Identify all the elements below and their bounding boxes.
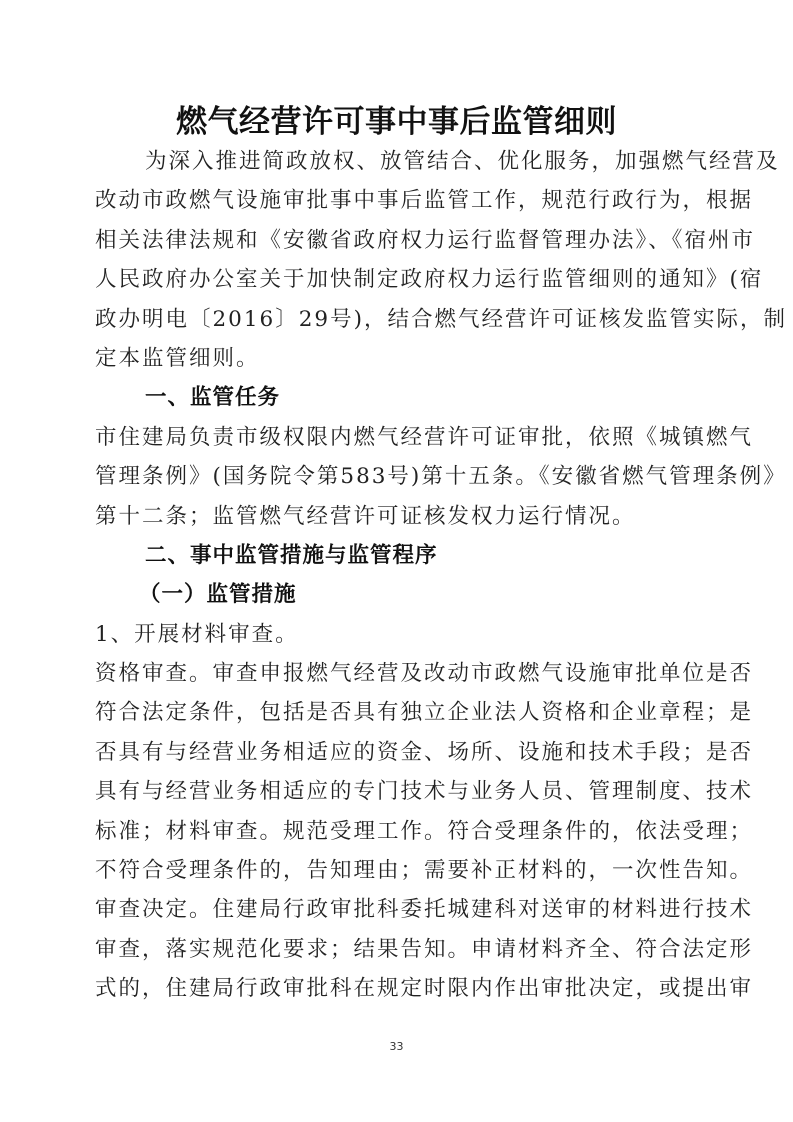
section-heading-supervision-tasks: 一、监管任务 — [95, 378, 701, 417]
text-line: 为深入推进简政放权、放管结合、优化服务，加强燃气经营及 — [95, 142, 701, 181]
text-line: 人民政府办公室关于加快制定政府权力运行监管细则的通知》(宿 — [95, 260, 701, 299]
document-page: 燃气经营许可事中事后监管细则 为深入推进简政放权、放管结合、优化服务，加强燃气经… — [0, 0, 793, 1122]
text-line: 市住建局负责市级权限内燃气经营许可证审批，依照《城镇燃气 — [95, 418, 701, 457]
text-line: 具有与经营业务相适应的专门技术与业务人员、管理制度、技术 — [95, 772, 701, 811]
text-line: 否具有与经营业务相适应的资金、场所、设施和技术手段；是否 — [95, 733, 701, 772]
text-line: 定本监管细则。 — [95, 339, 701, 378]
text-line: 资格审查。审查申报燃气经营及改动市政燃气设施审批单位是否 — [95, 654, 701, 693]
text-line: 审查，落实规范化要求；结果告知。申请材料齐全、符合法定形 — [95, 930, 701, 969]
text-line: 式的，住建局行政审批科在规定时限内作出审批决定，或提出审 — [95, 969, 701, 1008]
document-title: 燃气经营许可事中事后监管细则 — [0, 100, 793, 144]
text-line: 第十二条；监管燃气经营许可证核发权力运行情况。 — [95, 497, 701, 536]
subsection-heading-measures: （一）监管措施 — [95, 575, 701, 614]
section2-paragraph: 资格审查。审查申报燃气经营及改动市政燃气设施审批单位是否 符合法定条件，包括是否… — [95, 654, 701, 1009]
item-title-material-review: 1、开展材料审查。 — [95, 615, 701, 654]
section1-paragraph: 市住建局负责市级权限内燃气经营许可证审批，依照《城镇燃气 管理条例》(国务院令第… — [95, 418, 701, 536]
text-line: 改动市政燃气设施审批事中事后监管工作，规范行政行为，根据 — [95, 181, 701, 220]
page-number: 33 — [0, 1040, 793, 1053]
section-heading-measures-and-procedures: 二、事中监管措施与监管程序 — [95, 536, 701, 575]
document-body: 为深入推进简政放权、放管结合、优化服务，加强燃气经营及 改动市政燃气设施审批事中… — [95, 142, 701, 1009]
text-line: 标准；材料审查。规范受理工作。符合受理条件的，依法受理； — [95, 812, 701, 851]
text-line: 不符合受理条件的，告知理由；需要补正材料的，一次性告知。 — [95, 851, 701, 890]
text-line: 符合法定条件，包括是否具有独立企业法人资格和企业章程；是 — [95, 693, 701, 732]
intro-paragraph: 为深入推进简政放权、放管结合、优化服务，加强燃气经营及 改动市政燃气设施审批事中… — [95, 142, 701, 378]
text-line: 相关法律法规和《安徽省政府权力运行监督管理办法》、《宿州市 — [95, 221, 701, 260]
text-line: 管理条例》(国务院令第583号)第十五条。《安徽省燃气管理条例》 — [95, 457, 701, 496]
text-line: 审查决定。住建局行政审批科委托城建科对送审的材料进行技术 — [95, 890, 701, 929]
text-line: 政办明电〔2016〕29号)，结合燃气经营许可证核发监管实际，制 — [95, 300, 701, 339]
